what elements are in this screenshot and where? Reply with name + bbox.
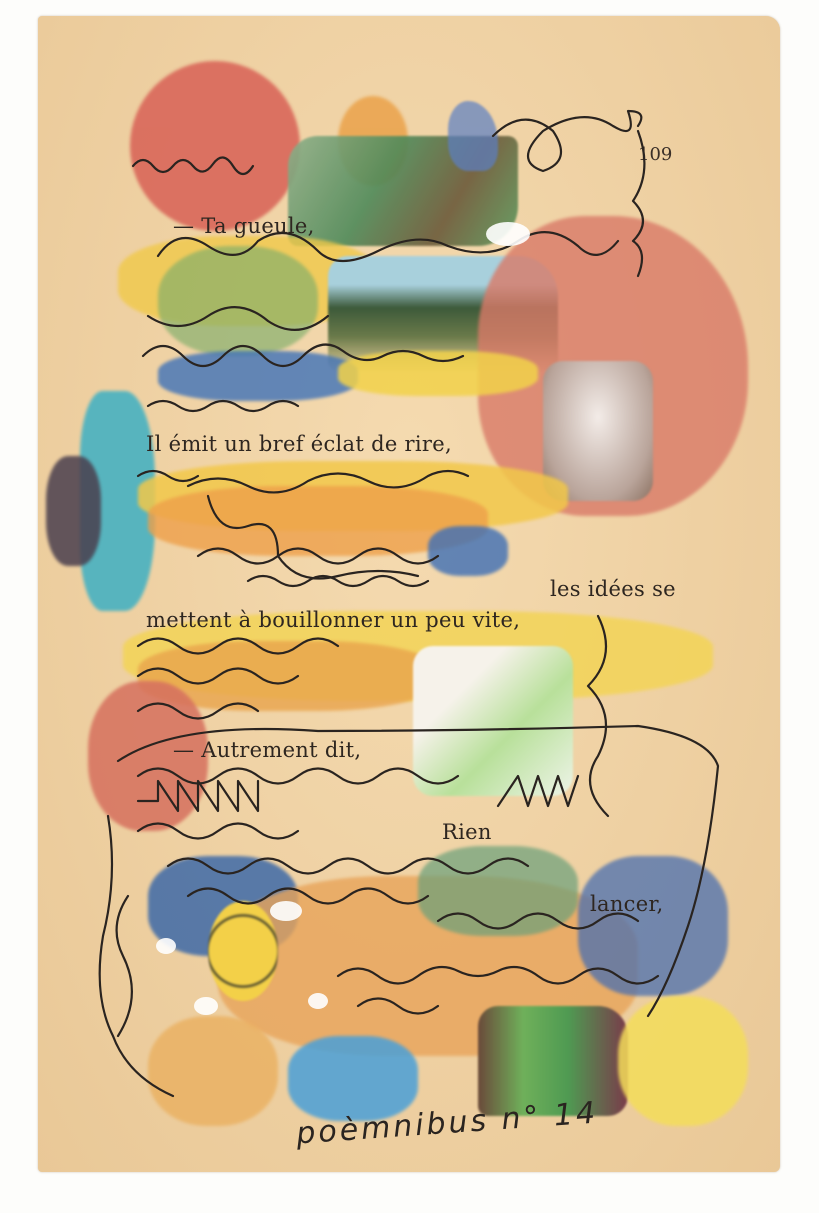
book-page: 109 — Ta gueule, Il émit un bref éclat d… — [38, 16, 780, 1172]
ink-scribbles-overlay — [38, 16, 780, 1172]
